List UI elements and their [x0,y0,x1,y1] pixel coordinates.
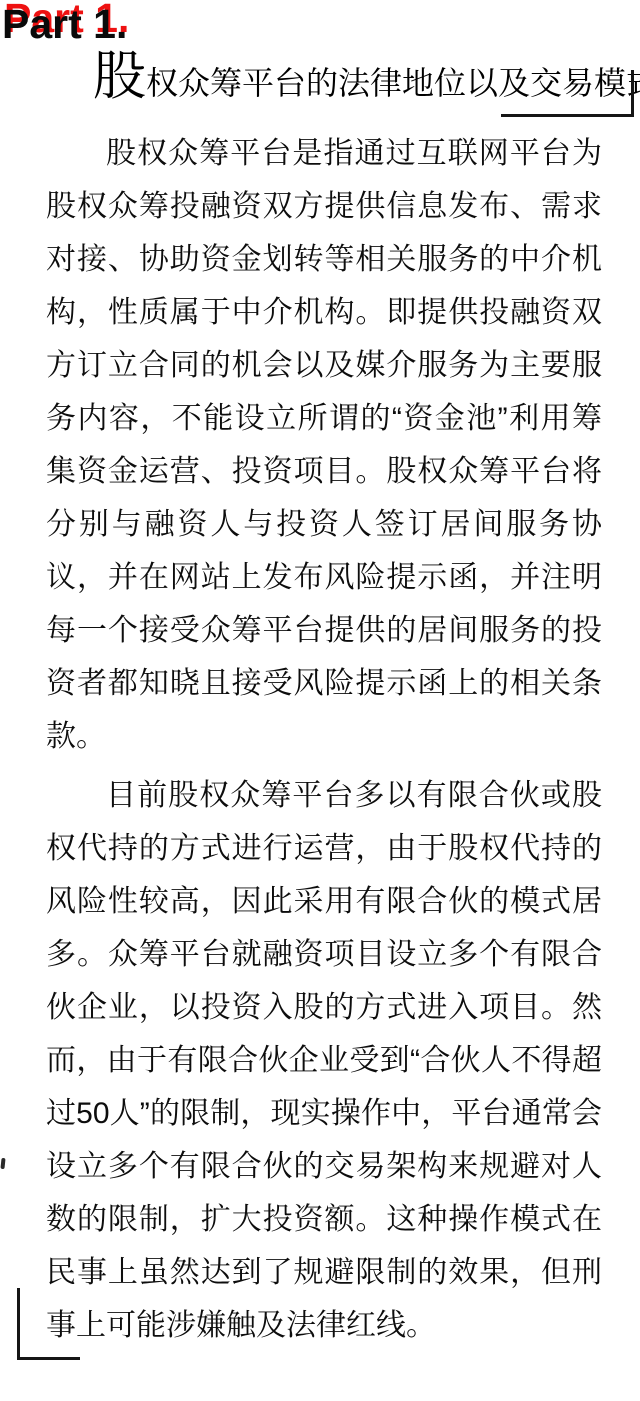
article-page: Part 1. Part 1. 股权众筹平台的法律地位以及交易模式 股权众筹平台… [0,0,640,1401]
title-text: 权众筹平台的法律地位以及交易模式 [146,65,640,101]
article-title: 股权众筹平台的法律地位以及交易模式 [93,50,640,103]
footer-bracket-vertical-line [17,1288,20,1360]
article-body: 股权众筹平台是指通过互联网平台为股权众筹投融资双方提供信息发布、需求对接、协助资… [46,127,602,1352]
part-label: Part 1. Part 1. [2,4,127,45]
title-bracket-horizontal-line [501,114,634,117]
paragraph-2: 目前股权众筹平台多以有限合伙或股权代持的方式进行运营，由于股权代持的风险性较高，… [46,769,602,1352]
title-drop-cap: 股 [93,47,146,106]
title-bracket-vertical-line [631,70,634,117]
stray-mark [0,1158,5,1169]
footer-bracket-horizontal-line [17,1357,80,1360]
paragraph-1: 股权众筹平台是指通过互联网平台为股权众筹投融资双方提供信息发布、需求对接、协助资… [46,127,602,763]
part-label-black-layer: Part 1. [2,1,127,47]
